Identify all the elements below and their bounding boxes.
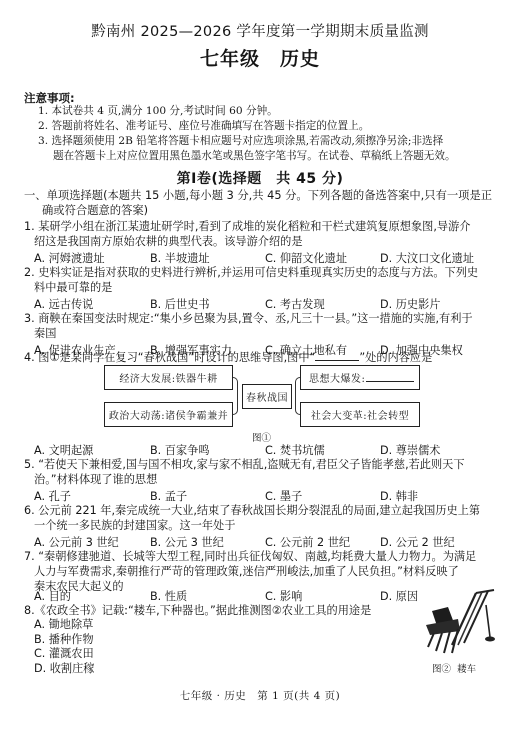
option-d: D. 韩非 [380,488,418,504]
option-c: C. 仰韶文化遗址 [265,250,347,266]
option-c: C. 焚书坑儒 [265,442,325,458]
option-b: B. 公元 3 世纪 [150,534,224,550]
question-5-line2: 治。”材料体现了谁的思想 [24,472,496,487]
mindmap-right-bracket [295,377,300,415]
question-4: 4. 图①是某同学在复习“春秋战国”时设计的思维导图,图中“”处的内容应是 [24,350,496,365]
option-b: B. 百家争鸣 [150,442,210,458]
mindmap-left-bracket [233,377,238,415]
question-6-line2: 一个统一多民族的封建国家。这一年处于 [24,518,496,533]
question-4-text-b: ”处的内容应是 [359,351,432,364]
question-3-line1: 3. 商鞅在秦国变法时规定:“集小乡邑聚为县,置令、丞,凡三十一县。”这一措施的… [24,311,496,326]
notice-item-3-cont: 题在答题卡上对应位置用黑色墨水笔或黑色签字笔书写。在试卷、草稿纸上答题无效。 [38,149,508,164]
option-c: C. 墨子 [265,488,302,504]
grade-label: 七年级 [200,48,260,70]
mindmap-center-box: 春秋战国 [242,384,292,409]
mindmap-society-box: 社会大变革:社会转型 [300,402,420,427]
option-a: A. 河姆渡遗址 [34,250,105,266]
question-2-options: A. 远古传说 B. 后世史书 C. 考古发现 D. 历史影片 [34,296,474,311]
exam-title: 黔南州 2025—2026 学年度第一学期期末质量监测 [0,20,520,41]
option-c: C. 考古发现 [265,296,325,312]
option-a: A. 远古传说 [34,296,93,312]
part-heading-line2-text: 确或符合题意的答案) [24,203,504,218]
exam-subtitle: 七年级历史 [0,44,520,71]
question-2: 2. 史料实证是指对获取的史料进行辨析,并运用可信史料重现真实历史的态度与方法。… [24,265,496,295]
option-a: A. 孔子 [34,488,71,504]
question-7-line1: 7. “秦朝修建驰道、长城等大型工程,同时出兵征伐匈奴、南越,均耗费大量人力物力… [24,549,496,564]
option-c: C. 影响 [265,588,302,604]
option-a: A. 目的 [34,588,71,604]
option-c: C. 公元前 2 世纪 [265,534,350,550]
question-4-line1: 4. 图①是某同学在复习“春秋战国”时设计的思维导图,图中“”处的内容应是 [24,350,496,365]
section-title: 第Ⅰ卷(选择题 共 45 分) [0,168,520,188]
mindmap-politics-box: 政治大动荡:诸侯争霸兼并 [104,402,233,427]
question-4-options: A. 文明起源 B. 百家争鸣 C. 焚书坑儒 D. 尊崇儒术 [34,442,474,457]
question-7-options: A. 目的 B. 性质 C. 影响 D. 原因 [34,588,474,603]
notice-item-3-cont-text: 题在答题卡上对应位置用黑色墨水笔或黑色签字笔书写。在试卷、草稿纸上答题无效。 [38,149,508,164]
seed-drill-image [418,585,518,660]
figure-2 [418,585,518,660]
option-a: A. 公元前 3 世纪 [34,534,119,550]
option-d: D. 尊崇儒术 [380,442,440,458]
option-b: B. 性质 [150,588,187,604]
question-1: 1. 某研学小组在浙江某遗址研学时,看到了成堆的炭化稻粒和干栏式建筑复原想象图,… [24,219,496,249]
question-6-line1: 6. 公元前 221 年,秦完成统一大业,结束了春秋战国长期分裂混乱的局面,建立… [24,503,496,518]
question-2-line2: 料中最可靠的是 [24,280,496,295]
question-3: 3. 商鞅在秦国变法时规定:“集小乡邑聚为县,置令、丞,凡三十一县。”这一措施的… [24,311,496,341]
mindmap-blank [366,373,414,382]
option-b: B. 半坡遗址 [150,250,210,266]
option-b: B. 后世史书 [150,296,210,312]
page-footer: 七年级 · 历史 第 1 页(共 4 页) [0,688,520,703]
question-3-line2: 秦国 [24,326,496,341]
question-4-text-a: 4. 图①是某同学在复习“春秋战国”时设计的思维导图,图中“ [24,351,315,364]
figure-2-name: 耧车 [457,664,476,675]
option-d: D. 公元 2 世纪 [380,534,455,550]
part-heading-line2: 确或符合题意的答案) [24,203,504,218]
question-1-options: A. 河姆渡遗址 B. 半坡遗址 C. 仰韶文化遗址 D. 大汶口文化遗址 [34,250,474,265]
option-a: A. 锄地除草 [34,618,94,633]
question-7-line2: 人力与军费需求,秦朝推行严苛的管理政策,迷信严刑峻法,加重了人民负担。”材料反映… [24,564,496,579]
question-5-line1: 5. “若使天下兼相爱,国与国不相攻,家与家不相乱,盗贼无有,君臣父子皆能孝慈,… [24,457,496,472]
question-6: 6. 公元前 221 年,秦完成统一大业,结束了春秋战国长期分裂混乱的局面,建立… [24,503,496,533]
question-8-options: A. 锄地除草 B. 播种作物 C. 灌溉农田 D. 收割庄稼 [34,618,94,676]
mindmap-thought-label: 思想大爆发: [309,370,365,385]
mindmap-economy-box: 经济大发展:铁器牛耕 [104,365,233,390]
question-6-options: A. 公元前 3 世纪 B. 公元 3 世纪 C. 公元前 2 世纪 D. 公元… [34,534,474,549]
mindmap-thought-box: 思想大爆发: [300,365,420,390]
question-1-line2: 绍这是我国南方原始农耕的典型代表。该导游介绍的是 [24,234,496,249]
option-c: C. 灌溉农田 [34,647,94,662]
question-5: 5. “若使天下兼相爱,国与国不相攻,家与家不相乱,盗贼无有,君臣父子皆能孝慈,… [24,457,496,487]
option-b: B. 孟子 [150,488,187,504]
subject-label: 历史 [280,48,320,70]
answer-blank [315,351,359,361]
notice-item-1: 1. 本试卷共 4 页,满分 100 分,考试时间 60 分钟。 [38,104,508,119]
part-heading-line1: 一、单项选择题(本题共 15 小题,每小题 3 分,共 45 分。下列各题的备选… [24,188,504,203]
option-d: D. 历史影片 [380,296,440,312]
figure-2-number: 图② [432,664,451,675]
option-b: B. 播种作物 [34,633,94,648]
option-a: A. 文明起源 [34,442,93,458]
notice-item-3: 3. 选择题须使用 2B 铅笔将答题卡相应题号对应选项涂黑,若需改动,须擦净另涂… [38,134,508,149]
question-1-line1: 1. 某研学小组在浙江某遗址研学时,看到了成堆的炭化稻粒和干栏式建筑复原想象图,… [24,219,496,234]
figure-2-caption: 图② 耧车 [432,661,476,675]
notice-item-2: 2. 答题前将姓名、准考证号、座位号准确填写在答题卡指定的位置上。 [38,119,508,134]
question-5-options: A. 孔子 B. 孟子 C. 墨子 D. 韩非 [34,488,474,503]
option-d: D. 收割庄稼 [34,662,94,677]
option-d: D. 大汶口文化遗址 [380,250,474,266]
exam-page: 黔南州 2025—2026 学年度第一学期期末质量监测 七年级历史 注意事项: … [0,0,520,729]
option-d: D. 原因 [380,588,418,604]
question-2-line1: 2. 史料实证是指对获取的史料进行辨析,并运用可信史料重现真实历史的态度与方法。… [24,265,496,280]
